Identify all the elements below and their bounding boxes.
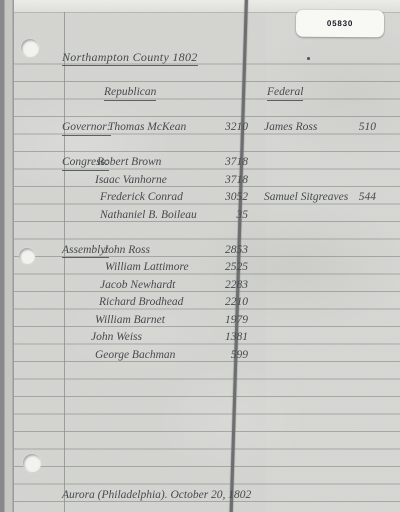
republican-vote-count: 2853 [198, 243, 248, 257]
republican-vote-count: 3718 [198, 173, 248, 187]
republican-vote-count: 2210 [198, 295, 248, 309]
federal-candidate-name: James Ross [264, 120, 317, 134]
federal-vote-count: 510 [336, 120, 376, 134]
congress-row: Frederick Conrad 3052 Samuel Sitgreaves … [0, 190, 400, 204]
assembly-row: Jacob Newhardt 2283 [0, 278, 400, 292]
assembly-row: John Weiss 1381 [0, 330, 400, 344]
republican-vote-count: 3052 [198, 190, 248, 204]
assembly-row: Richard Brodhead 2210 [0, 295, 400, 309]
republican-candidate-name: John Ross [103, 243, 150, 257]
catalog-number: 05830 [327, 19, 353, 28]
republican-candidate-name: Frederick Conrad [100, 190, 183, 204]
republican-candidate-name: George Bachman [95, 348, 175, 362]
catalog-number-sticker: 05830 [296, 10, 384, 38]
republican-vote-count: 2525 [198, 260, 248, 274]
republican-candidate-name: William Barnet [95, 313, 165, 327]
assembly-row: George Bachman 599 [0, 348, 400, 362]
federal-vote-count: 544 [336, 190, 376, 204]
republican-candidate-name: Jacob Newhardt [100, 278, 175, 292]
column-header-federal: Federal [267, 85, 303, 101]
title-row: Northampton County 1802 [0, 50, 400, 64]
citation-row: Aurora (Philadelphia). October 20, 1802 [0, 488, 400, 502]
republican-vote-count: 599 [198, 348, 248, 362]
column-header-republican: Republican [104, 85, 156, 101]
republican-candidate-name: Isaac Vanhorne [95, 173, 167, 187]
republican-vote-count: 1381 [198, 330, 248, 344]
column-header-row: Republican Federal [0, 85, 400, 99]
congress-row: Isaac Vanhorne 3718 [0, 173, 400, 187]
republican-candidate-name: Richard Brodhead [99, 295, 183, 309]
assembly-row: William Barnet 1979 [0, 313, 400, 327]
assembly-row: William Lattimore 2525 [0, 260, 400, 274]
republican-candidate-name: Thomas McKean [108, 120, 186, 134]
republican-candidate-name: Nathaniel B. Boileau [100, 208, 197, 222]
congress-row: Congress: Robert Brown 3718 [0, 155, 400, 169]
republican-vote-count: 3718 [198, 155, 248, 169]
source-citation: Aurora (Philadelphia). October 20, 1802 [62, 488, 251, 502]
republican-candidate-name: Robert Brown [97, 155, 161, 169]
punch-hole-bottom [23, 454, 41, 472]
page-title: Northampton County 1802 [62, 50, 198, 66]
republican-vote-count: 2283 [198, 278, 248, 292]
republican-candidate-name: John Weiss [91, 330, 142, 344]
congress-row: Nathaniel B. Boileau 35 [0, 208, 400, 222]
republican-vote-count: 3210 [198, 120, 248, 134]
republican-vote-count: 35 [198, 208, 248, 222]
governor-section-label: Governor: [62, 120, 111, 136]
republican-vote-count: 1979 [198, 313, 248, 327]
assembly-row: Assembly: John Ross 2853 [0, 243, 400, 257]
republican-candidate-name: William Lattimore [105, 260, 189, 274]
governor-row: Governor: Thomas McKean 3210 James Ross … [0, 120, 400, 134]
